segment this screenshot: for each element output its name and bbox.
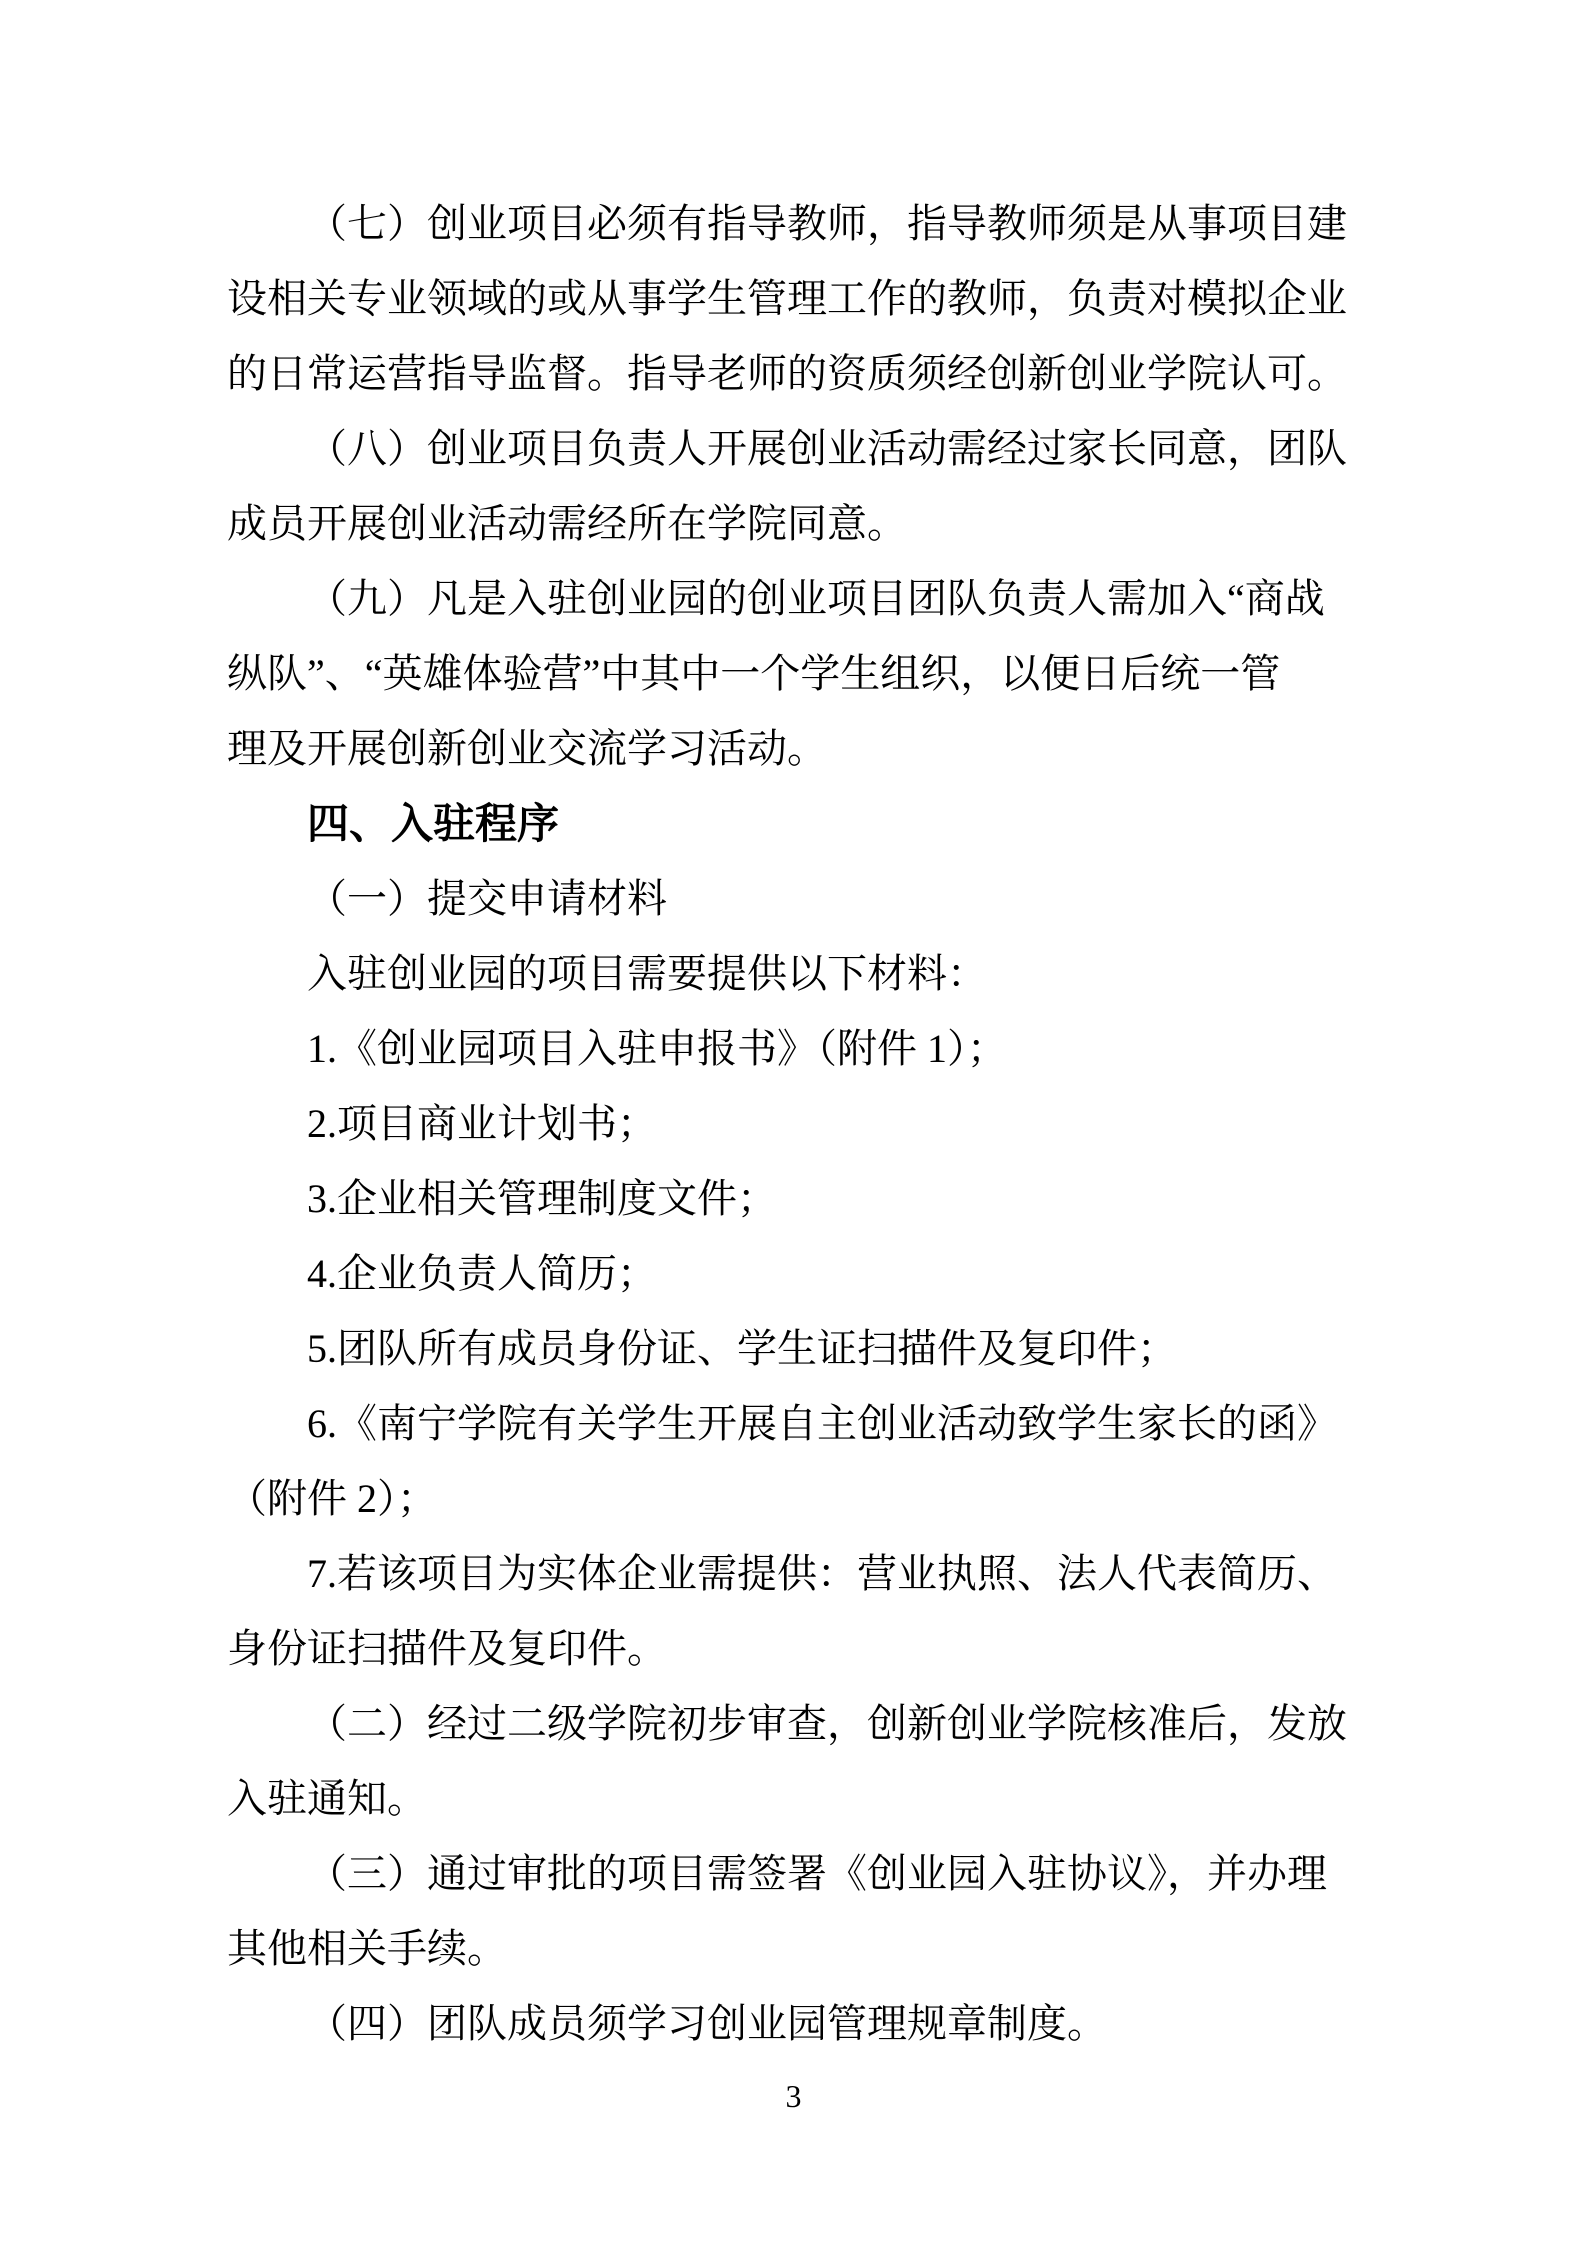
materials-intro: 入驻创业园的项目需要提供以下材料： [227, 936, 1357, 1011]
material-item-2: 2.项目商业计划书； [227, 1086, 1357, 1161]
document-body: （七）创业项目必须有指导教师，指导教师须是从事项目建 设相关专业领域的或从事学生… [227, 186, 1357, 2061]
material-item-3: 3.企业相关管理制度文件； [227, 1161, 1357, 1236]
step-4: （四）团队成员须学习创业园管理规章制度。 [227, 1986, 1357, 2061]
clause-7: （七）创业项目必须有指导教师，指导教师须是从事项目建 设相关专业领域的或从事学生… [227, 186, 1357, 411]
clause-7-line-2: 设相关专业领域的或从事学生管理工作的教师，负责对模拟企业 [227, 261, 1357, 336]
material-item-4: 4.企业负责人简历； [227, 1236, 1357, 1311]
material-item-5: 5.团队所有成员身份证、学生证扫描件及复印件； [227, 1311, 1357, 1386]
step-3: （三）通过审批的项目需签署《创业园入驻协议》，并办理 其他相关手续。 [227, 1836, 1357, 1986]
clause-7-line-1: （七）创业项目必须有指导教师，指导教师须是从事项目建 [227, 186, 1357, 261]
step-2-line-2: 入驻通知。 [227, 1761, 1357, 1836]
clause-7-line-3: 的日常运营指导监督。指导老师的资质须经创新创业学院认可。 [227, 336, 1357, 411]
clause-9-line-2: 纵队”、“英雄体验营”中其中一个学生组织，以便日后统一管 [227, 636, 1357, 711]
material-item-7-line-1: 7.若该项目为实体企业需提供：营业执照、法人代表简历、 [227, 1536, 1357, 1611]
section-4: 四、入驻程序 [227, 786, 1357, 861]
step-2-line-1: （二）经过二级学院初步审查，创新创业学院核准后，发放 [227, 1686, 1357, 1761]
material-item-6-line-2: （附件 2）； [227, 1461, 1357, 1536]
material-item-6-line-1: 6.《南宁学院有关学生开展自主创业活动致学生家长的函》 [227, 1386, 1357, 1461]
clause-8-line-2: 成员开展创业活动需经所在学院同意。 [227, 486, 1357, 561]
step-3-line-2: 其他相关手续。 [227, 1911, 1357, 1986]
step-4-line-1: （四）团队成员须学习创业园管理规章制度。 [227, 1986, 1357, 2061]
clause-9-line-3: 理及开展创新创业交流学习活动。 [227, 711, 1357, 786]
step-3-line-1: （三）通过审批的项目需签署《创业园入驻协议》，并办理 [227, 1836, 1357, 1911]
step-1-title: （一）提交申请材料 [227, 861, 1357, 936]
clause-9-line-1: （九）凡是入驻创业园的创业项目团队负责人需加入“商战 [227, 561, 1357, 636]
material-item-1: 1.《创业园项目入驻申报书》（附件 1）； [227, 1011, 1357, 1086]
clause-8: （八）创业项目负责人开展创业活动需经过家长同意，团队 成员开展创业活动需经所在学… [227, 411, 1357, 561]
step-2: （二）经过二级学院初步审查，创新创业学院核准后，发放 入驻通知。 [227, 1686, 1357, 1836]
clause-9: （九）凡是入驻创业园的创业项目团队负责人需加入“商战 纵队”、“英雄体验营”中其… [227, 561, 1357, 786]
material-item-7-line-2: 身份证扫描件及复印件。 [227, 1611, 1357, 1686]
step-1: （一）提交申请材料 入驻创业园的项目需要提供以下材料： 1.《创业园项目入驻申报… [227, 861, 1357, 1686]
clause-8-line-1: （八）创业项目负责人开展创业活动需经过家长同意，团队 [227, 411, 1357, 486]
document-page: （七）创业项目必须有指导教师，指导教师须是从事项目建 设相关专业领域的或从事学生… [0, 0, 1587, 2245]
section-4-heading: 四、入驻程序 [227, 786, 1357, 861]
page-number: 3 [0, 2070, 1587, 2122]
